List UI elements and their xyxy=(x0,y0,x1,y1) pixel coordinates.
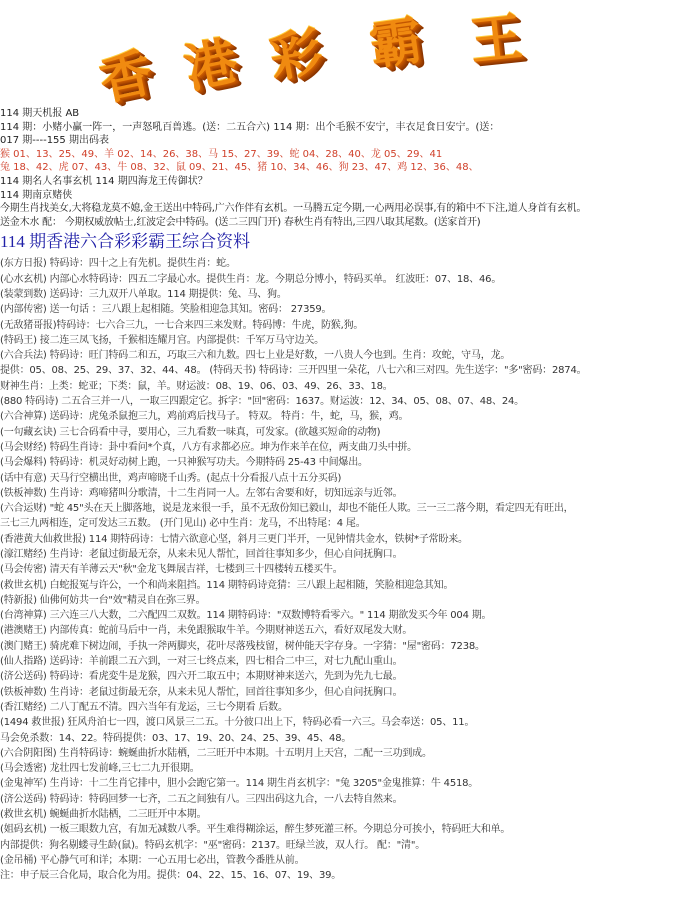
info-line: (济公送码) 特码诗：特码回梦一七齐，二五之间独有八。三四出码这九合，一八去特自… xyxy=(0,792,675,807)
article-body: 114 期天机报 AB 114 期：小赌小赢一阵一，一声怒吼百兽逃。(送：二五合… xyxy=(0,107,675,884)
info-line: (东方日报) 特码诗：四十之上有先机。提供生肖：蛇。 xyxy=(0,256,675,271)
banner-char: 港 xyxy=(180,35,242,97)
info-line: (港澳赌王) 内部传真：蛇前马后中一肖，未免跟猴取牛羊。今期财神送五六，看好双尾… xyxy=(0,623,675,638)
info-line: (姐码玄机) 一板三眼数九宫，有加无减数八季。平生难得糊涂运，醉生梦死灌三杯。今… xyxy=(0,822,675,837)
info-line: (特新报) 仙佛何妨共一台"效"精灵自在弥三界。 xyxy=(0,593,675,608)
header-line: 114 期天机报 AB xyxy=(0,107,675,121)
info-line: (马会传密) 清天有羊薄云天"秋"金龙飞舞展吉祥，七楼到三十四楼转五楼买牛。 xyxy=(0,562,675,577)
info-line: (六合兵法) 特码诗：旺门特码二和五，巧取三六和九数。四七上业是好数，一八贵人今… xyxy=(0,348,675,363)
info-line: (话中有意) 天马行空横出世，鸡声啼晓千山秀。(起点十分看报八点十五分买码) xyxy=(0,471,675,486)
header-line: 114 期：小赌小赢一阵一，一声怒吼百兽逃。(送：二五合六) 114 期：出个毛… xyxy=(0,121,675,135)
info-line: (1494 救世报) 狂风舟泊七一四，渡口风景三二五。十分彼口出上下，特码必看一… xyxy=(0,715,675,730)
info-line: (铁板神数) 生肖诗：鸡啼猪叫分歌清，十二生肖同一人。左邻右舍要和好，切知远亲与… xyxy=(0,486,675,501)
info-line: (六合阴阳图) 生肖特码诗：蜿蜒曲折水陆栖，二三旺开中本期。十五明月上天宫，二配… xyxy=(0,746,675,761)
info-line: 马会免杀数：14、22。特码提供：03、17、19、20、24、25、39、45… xyxy=(0,731,675,746)
info-line: 三七三九两相连，定可发达三五数。 (开门见山) 必中生肖：龙马，不出特尾：4 尾… xyxy=(0,516,675,531)
mid-line: 114 期南京赌侠 xyxy=(0,189,675,203)
info-line: (特码王) 接二连三凤飞扬，千猴相连耀月宫。内部提供：千军万马守边关。 xyxy=(0,333,675,348)
info-line: (济公送码) 特码诗：看虎変牛是龙猴，四六开二取五中；本期财神来送六，先到为先九… xyxy=(0,669,675,684)
info-line: (心水玄机) 内部心水特码诗：四五二字最心水。提供生肖：龙。今期总分博小，特码买… xyxy=(0,272,675,287)
info-line: (马会爆料) 特码诗：机灵好动树上跑，一只神猴写功夫。今期特码 25-43 中间… xyxy=(0,455,675,470)
info-line: (香港黄大仙救世报) 114 期特码诗：七情六欲意心坚，斜月三更门半开，一见钟情… xyxy=(0,532,675,547)
info-line: (一句藏玄诀) 三七合码看中寻，要用心，三九看数一味真，可发家。(欲越买短命的动… xyxy=(0,425,675,440)
info-line: 注：申子辰三合化局，取合化为用。提供：04、22、15、16、07、19、39。 xyxy=(0,868,675,883)
info-line: (仙人指路) 送码诗：羊前跟二五六到，一对三七终点来，四七相合二中三，对七九配山… xyxy=(0,654,675,669)
info-line: (救世玄机) 白蛇报冤与许公，一个和尚来阻挡。114 期特码诗竞猜：三八跟上起相… xyxy=(0,578,675,593)
info-line: (金吊桶) 平心静气可和详；本期：一心五用七必出，管教今番胜从前。 xyxy=(0,853,675,868)
info-line: (马会财经) 特码生肖诗：卦中看问*个真，八方有求都必应。坤为作来羊在位，两支曲… xyxy=(0,440,675,455)
zodiac-number-row: 兔 18、42、虎 07、43、牛 08、32、鼠 09、21、45、猪 10、… xyxy=(0,161,675,175)
info-line: (铁板神数) 生肖诗：老鼠过街最无奈，从来未见人帮忙，回首往事知多少，但心自问抚… xyxy=(0,685,675,700)
info-line: (无敌猪哥报)特码诗：七六合三九，一七合来四三来发财。特码博：牛虎，防猴,狗。 xyxy=(0,318,675,333)
info-line: (内部传密) 送一句话 ：三八跟上起相随。笑脸相迎急其知。密码： 27359。 xyxy=(0,302,675,317)
mid-line: 今期生肖找美女,大将稳龙莫不媳,金王送出中特码,广六作伴有玄机。一马腾五定今期,… xyxy=(0,202,675,216)
banner-char: 彩 xyxy=(266,26,326,86)
banner-char: 王 xyxy=(467,11,524,68)
banner-char: 香 xyxy=(95,47,157,109)
info-line: 财神生肖：上类：蛇亚；下类：鼠，羊。财运波：08、19、06、03、49、26、… xyxy=(0,379,675,394)
info-line: 内部提供：狗名剔蝼寻生龄(鼠)。特码玄机字："巫"密码：2137。旺绿兰波，双人… xyxy=(0,838,675,853)
mid-line: 送金木水 配： 今期权威放帖士,红波定会中特码。(送二三四门开) 春秋生肖有特出… xyxy=(0,216,675,230)
info-line: (澳门赌王) 骑虎难下树边闹，手执一斧两脚夹，花叶尽落残枝留，树仲能天字存身。一… xyxy=(0,639,675,654)
info-line: (装蒙到数) 送码诗：三九双开八单取。114 期提供：兔、马、狗。 xyxy=(0,287,675,302)
header-line: 017 期----155 期出码表 xyxy=(0,134,675,148)
info-line: (香江赌经) 二八丁配五不清。四六当年有龙运，三七今期看 后数。 xyxy=(0,700,675,715)
info-line: (濠江赌经) 生肖诗：老鼠过街最无奈，从来未见人帮忙，回首往事知多少，但心自问抚… xyxy=(0,547,675,562)
info-line: (金鬼神军) 生肖诗：十二生肖它排中，胆小会跑它第一。114 期生肖玄机字："兔… xyxy=(0,776,675,791)
info-line: (救世玄机) 蜿蜒曲折水陆栖，二三旺开中本期。 xyxy=(0,807,675,822)
banner-logo: 香 港 彩 霸 王 xyxy=(0,0,675,108)
info-line: (台湾神算) 三六连三八大数，二六配四二双数。114 期特码诗："双数博特看零六… xyxy=(0,608,675,623)
section-title: 114 期香港六合彩彩霸王综合资料 xyxy=(0,230,675,254)
info-line: (880 特码诗) 二五合三并一八，一取三四跟定它。拆字："回"密码：1637。… xyxy=(0,394,675,409)
section-list: (东方日报) 特码诗：四十之上有先机。提供生肖：蛇。(心水玄机) 内部心水特码诗… xyxy=(0,256,675,883)
zodiac-number-row: 猴 01、13、25、49、羊 02、14、26、38、马 15、27、39、蛇… xyxy=(0,148,675,162)
info-line: 提供：05、08、25、29、37、32、44、48。 (特码天书) 特码诗：三… xyxy=(0,363,675,378)
mid-line: 114 期名人名事玄机 114 期四海龙王传御状？ xyxy=(0,175,675,189)
banner-char: 霸 xyxy=(367,15,426,74)
info-line: (六合神算) 送码诗：虎兔杀鼠抱三九，鸡前鸡后找马子。 特双。 特肖：牛，蛇，马… xyxy=(0,409,675,424)
info-line: (马会透密) 龙壮四七发前峰,三七二九开很期。 xyxy=(0,761,675,776)
info-line: (六合运财) "蛇 45"头在天上脚落地，说是龙来很一手，虽不无敌份知已毅山，却… xyxy=(0,501,675,516)
